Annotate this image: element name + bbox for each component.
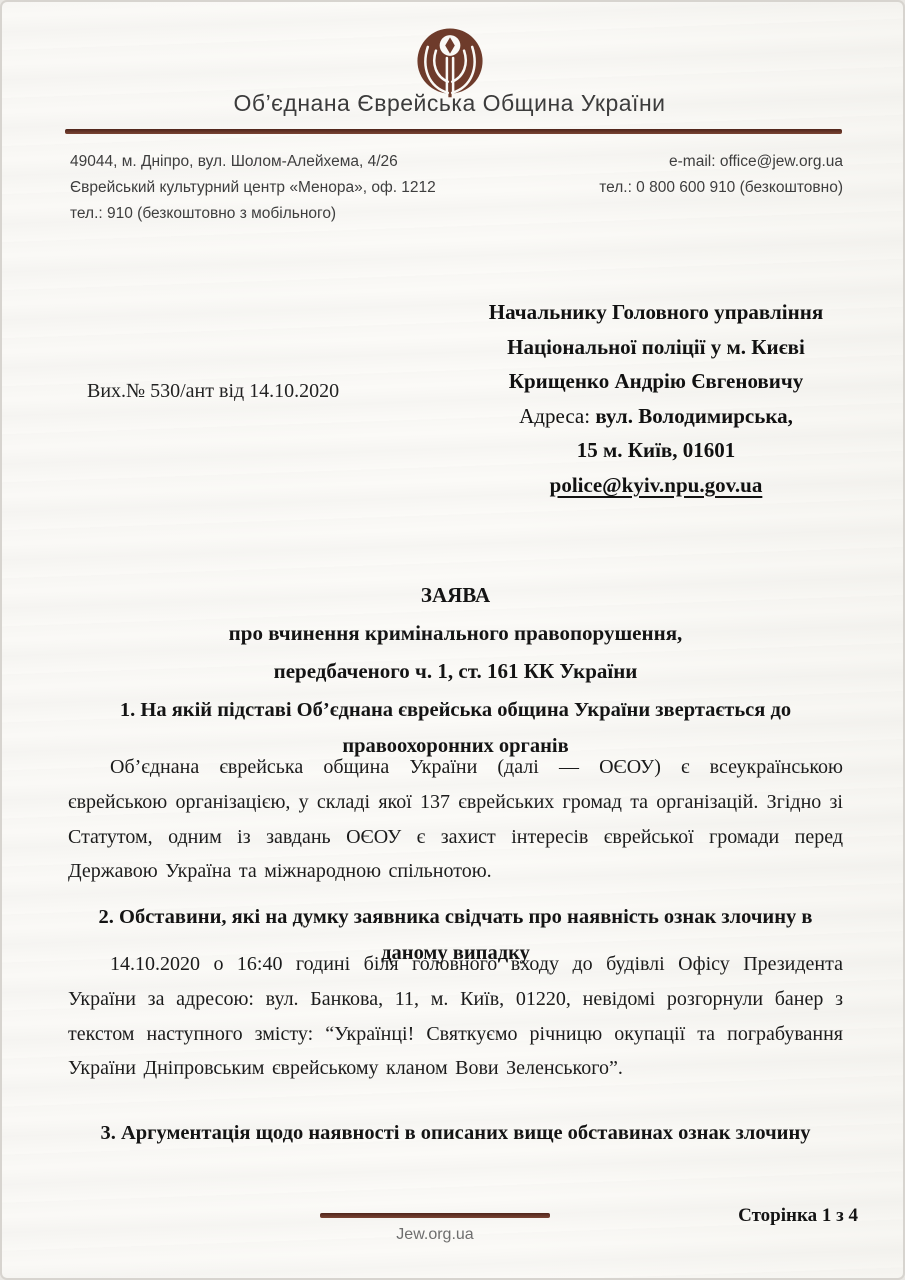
section-3-heading: 3. Аргументація щодо наявності в описани… bbox=[68, 1115, 843, 1151]
document-title: ЗАЯВА про вчинення кримінального правопо… bbox=[68, 576, 843, 690]
addressee-line: Начальнику Головного управління bbox=[467, 295, 845, 330]
addressee-address-line2: 15 м. Київ, 01601 bbox=[467, 433, 845, 468]
outgoing-reference-number: Вих.№ 530/ант від 14.10.2020 bbox=[87, 380, 339, 403]
title-subtitle-line: про вчинення кримінального правопорушенн… bbox=[68, 614, 843, 652]
header-divider bbox=[65, 129, 842, 134]
scanned-document-page: Об’єднана Єврейська Община України 49044… bbox=[0, 0, 905, 1280]
address-street: вул. Володимирська, bbox=[595, 404, 793, 428]
contact-hotline-line: тел.: 0 800 600 910 (безкоштовно) bbox=[599, 175, 843, 201]
addressee-line: Національної поліції у м. Києві bbox=[467, 330, 845, 365]
police-email-link: police@kyiv.npu.gov.ua bbox=[550, 473, 763, 497]
contact-email-line: e-mail: office@jew.org.ua bbox=[599, 149, 843, 175]
addressee-address-line: Адреса: вул. Володимирська, bbox=[467, 399, 845, 434]
addressee-block: Начальнику Головного управління Націонал… bbox=[467, 295, 845, 502]
contact-info-right: e-mail: office@jew.org.ua тел.: 0 800 60… bbox=[599, 149, 843, 201]
title-word: ЗАЯВА bbox=[68, 576, 843, 614]
contact-info-left: 49044, м. Дніпро, вул. Шолом-Алейхема, 4… bbox=[70, 149, 436, 227]
contact-phone-line: тел.: 910 (безкоштовно з мобільного) bbox=[70, 201, 436, 227]
contact-address-line: 49044, м. Дніпро, вул. Шолом-Алейхема, 4… bbox=[70, 149, 436, 175]
page-number: Сторінка 1 з 4 bbox=[738, 1205, 858, 1227]
contact-center-line: Єврейський культурний центр «Менора», оф… bbox=[70, 175, 436, 201]
footer-website: Jew.org.ua bbox=[320, 1226, 550, 1244]
addressee-line: Крищенко Андрію Євгеновичу bbox=[467, 364, 845, 399]
organization-name: Об’єднана Єврейська Община України bbox=[2, 90, 897, 117]
title-subtitle-line: передбаченого ч. 1, ст. 161 КК України bbox=[68, 652, 843, 690]
address-label: Адреса: bbox=[519, 404, 595, 428]
section-2-paragraph: 14.10.2020 о 16:40 годині біля головного… bbox=[68, 947, 843, 1086]
section-1-paragraph: Об’єднана єврейська община України (далі… bbox=[68, 750, 843, 889]
footer-divider bbox=[320, 1213, 550, 1218]
